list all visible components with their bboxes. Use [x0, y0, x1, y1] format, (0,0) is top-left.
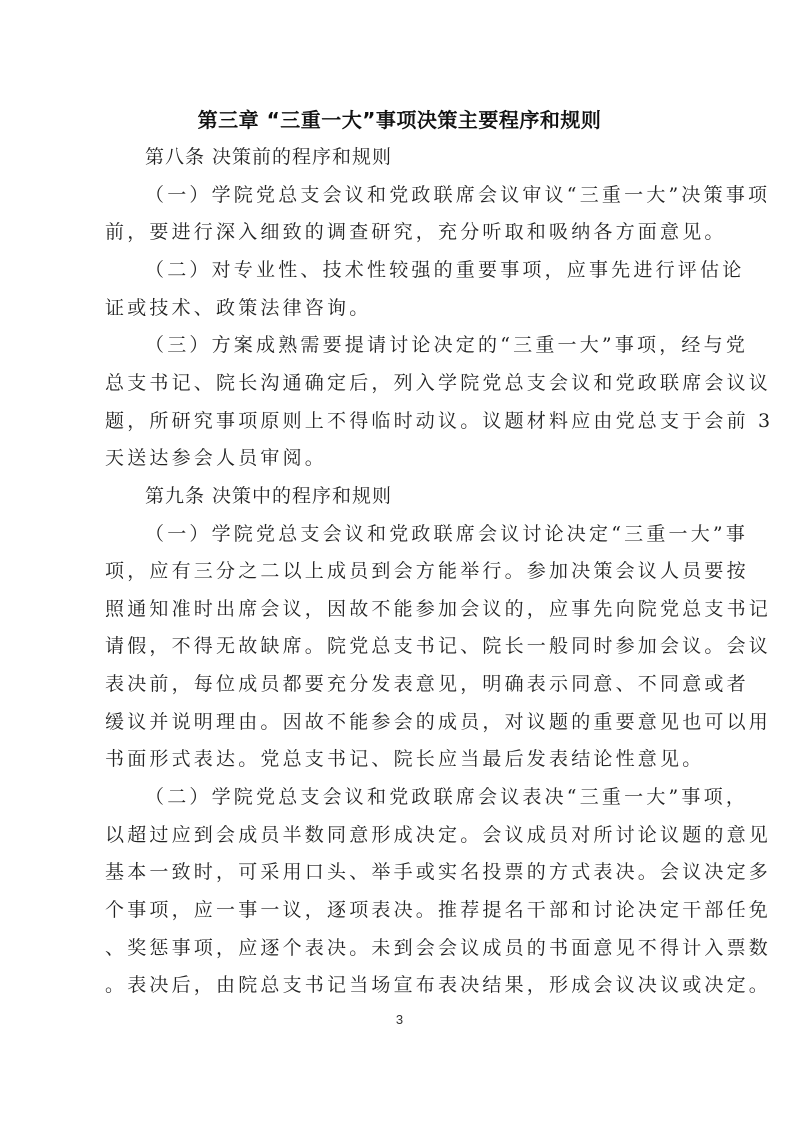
- paragraph-line: 题，所研究事项原则上不得临时动议。议题材料应由党总支于会前 3: [105, 406, 705, 433]
- article-heading: 第九条 决策中的程序和规则: [145, 481, 745, 508]
- paragraph-line: 基本一致时，可采用口头、举手或实名投票的方式表决。会议决定多: [105, 857, 705, 884]
- paragraph-line: （二）对专业性、技术性较强的重要事项，应事先进行评估论: [145, 255, 745, 282]
- paragraph-line: 总支书记、院长沟通确定后，列入学院党总支会议和党政联席会议议: [105, 368, 705, 395]
- paragraph-line: （一）学院党总支会议和党政联席会议审议“三重一大”决策事项: [145, 180, 745, 207]
- paragraph-line: 。表决后，由院总支书记当场宣布表决结果，形成会议决议或决定。: [105, 970, 705, 997]
- paragraph-line: 证或技术、政策法律咨询。: [105, 293, 705, 320]
- paragraph-line: 前，要进行深入细致的调查研究，充分听取和吸纳各方面意见。: [105, 217, 705, 244]
- article-heading: 第八条 决策前的程序和规则: [145, 142, 745, 169]
- paragraph-line: 书面形式表达。党总支书记、院长应当最后发表结论性意见。: [105, 744, 705, 771]
- paragraph-line: 表决前，每位成员都要充分发表意见，明确表示同意、不同意或者: [105, 669, 705, 696]
- paragraph-line: 缓议并说明理由。因故不能参会的成员，对议题的重要意见也可以用: [105, 707, 705, 734]
- paragraph-line: 、奖惩事项，应逐个表决。未到会会议成员的书面意见不得计入票数: [105, 933, 705, 960]
- document-page: 第三章 “三重一大”事项决策主要程序和规则 第八条 决策前的程序和规则（一）学院…: [0, 0, 799, 1131]
- paragraph-line: （三）方案成熟需要提请讨论决定的“三重一大”事项，经与党: [145, 330, 745, 357]
- paragraph-line: 请假，不得无故缺席。院党总支书记、院长一般同时参加会议。会议: [105, 631, 705, 658]
- paragraph-line: 照通知准时出席会议，因故不能参加会议的，应事先向院党总支书记: [105, 594, 705, 621]
- paragraph-line: 天送达参会人员审阅。: [105, 443, 705, 470]
- paragraph-line: 个事项，应一事一议，逐项表决。推荐提名干部和讨论决定干部任免: [105, 895, 705, 922]
- chapter-title: 第三章 “三重一大”事项决策主要程序和规则: [0, 104, 799, 133]
- paragraph-line: 项，应有三分之二以上成员到会方能举行。参加决策会议人员要按: [105, 556, 705, 583]
- paragraph-line: （一）学院党总支会议和党政联席会议讨论决定“三重一大”事: [145, 519, 745, 546]
- paragraph-line: 以超过应到会成员半数同意形成决定。会议成员对所讨论议题的意见: [105, 820, 705, 847]
- page-number: 3: [0, 1012, 799, 1027]
- paragraph-line: （二）学院党总支会议和党政联席会议表决“三重一大”事项，: [145, 782, 745, 809]
